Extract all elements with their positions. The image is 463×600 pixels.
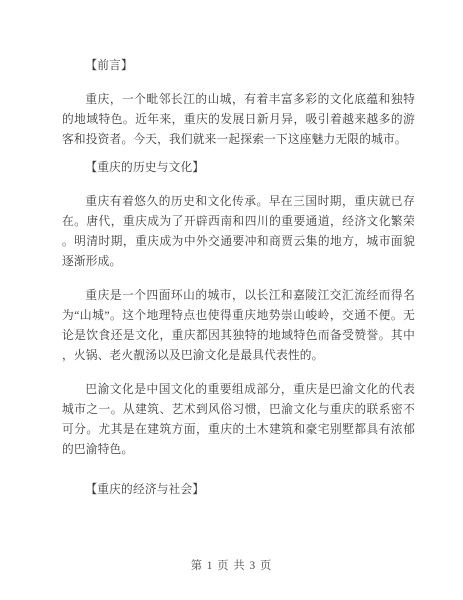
page-number-footer: 第 1 页 共 3 页 bbox=[0, 556, 463, 576]
document-page: 【前言】 重庆，一个毗邻长江的山城，有着丰富多彩的文化底蕴和独特的地域特色。近年… bbox=[0, 0, 463, 600]
paragraph-bayu-culture: 巴渝文化是中国文化的重要组成部分，重庆是巴渝文化的代表城市之一。从建筑、艺术到风… bbox=[62, 380, 415, 460]
section-heading-foreword: 【前言】 bbox=[62, 56, 415, 76]
section-heading-history-culture: 【重庆的历史与文化】 bbox=[62, 158, 415, 178]
paragraph-geography: 重庆是一个四面环山的城市，以长江和嘉陵江交汇流经而得名为“山城”。这个地理特点也… bbox=[62, 286, 415, 366]
paragraph-intro: 重庆，一个毗邻长江的山城，有着丰富多彩的文化底蕴和独特的地域特色。近年来，重庆的… bbox=[62, 90, 415, 150]
document-body: 【前言】 重庆，一个毗邻长江的山城，有着丰富多彩的文化底蕴和独特的地域特色。近年… bbox=[0, 0, 415, 500]
section-heading-economy-society: 【重庆的经济与社会】 bbox=[62, 480, 415, 500]
paragraph-history: 重庆有着悠久的历史和文化传承。早在三国时期，重庆就已存在。唐代，重庆成为了开辟西… bbox=[62, 192, 415, 272]
